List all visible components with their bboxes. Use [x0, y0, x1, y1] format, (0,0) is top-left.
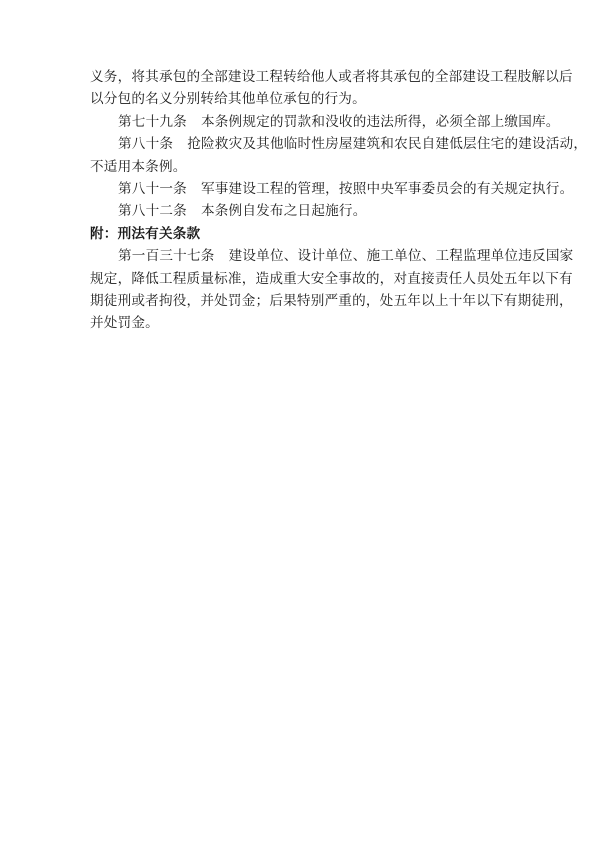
article-text: 军事建设工程的管理，按照中央军事委员会的有关规定执行。: [201, 181, 573, 197]
article-79: 第七十九条本条例规定的罚款和没收的违法所得，必须全部上缴国库。: [90, 111, 514, 133]
article-82: 第八十二条本条例自发布之日起施行。: [90, 200, 514, 222]
article-number: 第八十条: [118, 136, 173, 152]
article-number: 第八十一条: [118, 181, 187, 197]
article-81: 第八十一条军事建设工程的管理，按照中央军事委员会的有关规定执行。: [90, 178, 514, 200]
criminal-law-article-137: 第一百三十七条建设单位、设计单位、施工单位、工程监理单位违反国家: [90, 245, 514, 267]
article-text: 本条例规定的罚款和没收的违法所得，必须全部上缴国库。: [201, 114, 560, 130]
article-text: 本条例自发布之日起施行。: [201, 203, 367, 219]
article-number: 第一百三十七条: [118, 248, 215, 264]
paragraph-line: 义务，将其承包的全部建设工程转给他人或者将其承包的全部建设工程肢解以后: [90, 66, 514, 88]
article-137-continuation: 规定，降低工程质量标准，造成重大安全事故的，对直接责任人员处五年以下有: [90, 268, 514, 290]
article-137-continuation: 期徒刑或者拘役，并处罚金；后果特别严重的，处五年以上十年以下有期徒刑，: [90, 290, 514, 312]
document-page: 义务，将其承包的全部建设工程转给他人或者将其承包的全部建设工程肢解以后 以分包的…: [90, 66, 514, 335]
article-number: 第八十二条: [118, 203, 187, 219]
article-text: 抢险救灾及其他临时性房屋建筑和农民自建低层住宅的建设活动，: [187, 136, 587, 152]
article-80-continuation: 不适用本条例。: [90, 156, 514, 178]
paragraph-line: 以分包的名义分别转给其他单位承包的行为。: [90, 88, 514, 110]
appendix-heading: 附：刑法有关条款: [90, 223, 514, 245]
article-137-continuation: 并处罚金。: [90, 312, 514, 334]
article-number: 第七十九条: [118, 114, 187, 130]
article-text: 建设单位、设计单位、施工单位、工程监理单位违反国家: [229, 248, 574, 264]
article-80: 第八十条抢险救灾及其他临时性房屋建筑和农民自建低层住宅的建设活动，: [90, 133, 514, 155]
